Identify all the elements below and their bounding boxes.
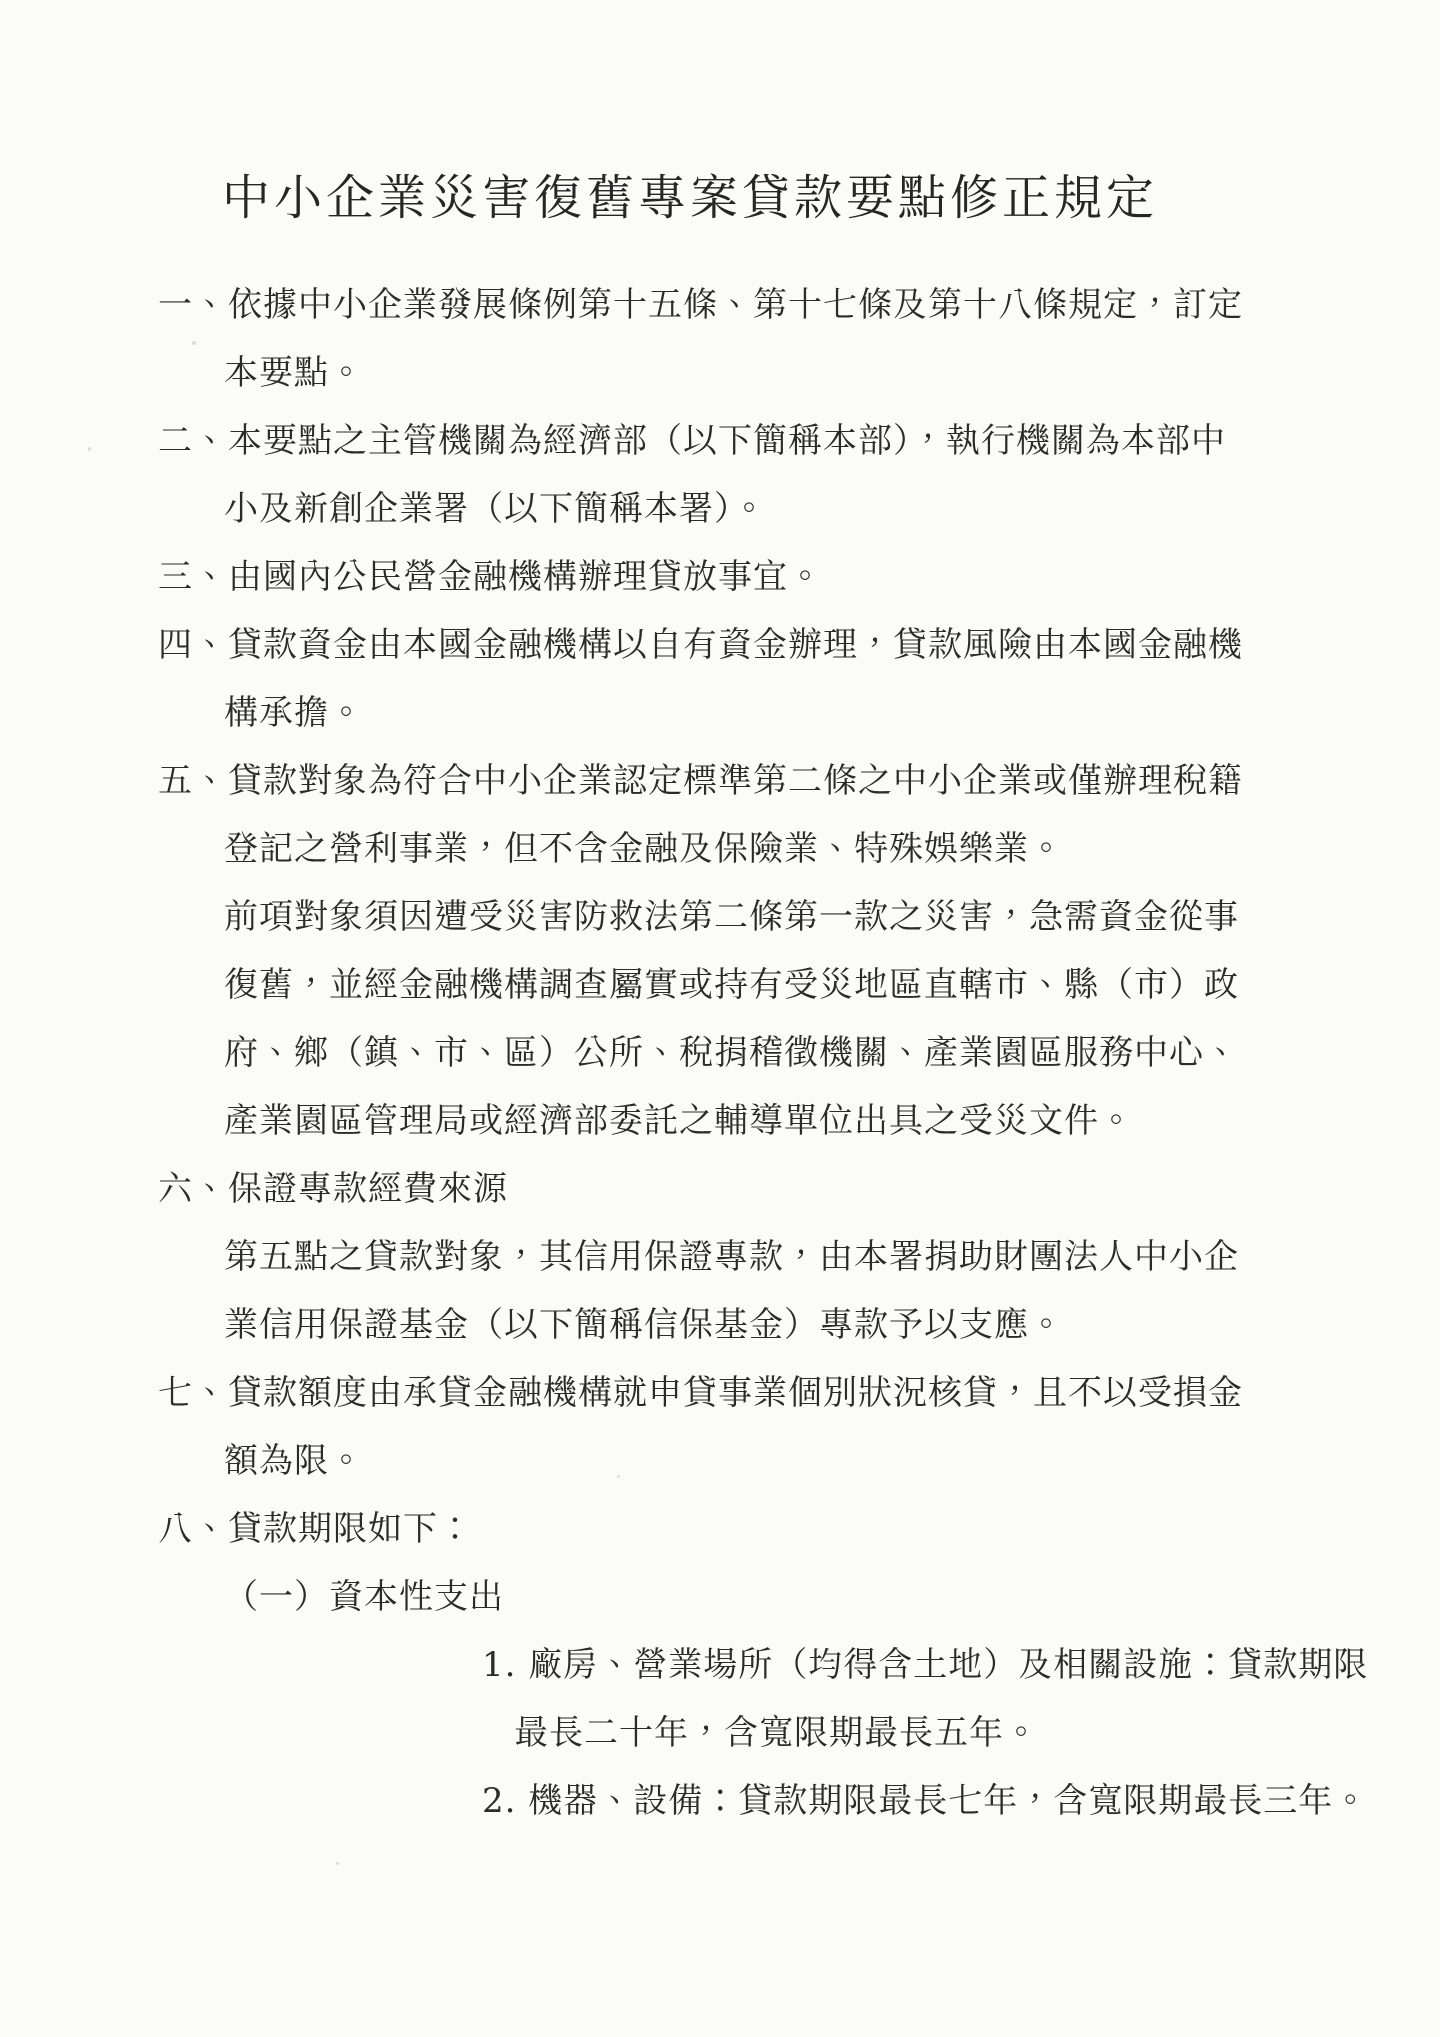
document-line: 八、貸款期限如下：	[158, 1495, 1440, 1563]
document-line: 登記之營利事業，但不含金融及保險業、特殊娛樂業。	[224, 815, 1440, 883]
document-title: 中小企業災害復舊專案貸款要點修正規定	[0, 168, 1380, 228]
document-line: 第五點之貸款對象，其信用保證專款，由本署捐助財團法人中小企	[224, 1223, 1440, 1291]
document-line: 2. 機器、設備：貸款期限最長七年，含寬限期最長三年。	[482, 1767, 1440, 1835]
document-line: 七、貸款額度由承貸金融機構就申貸事業個別狀況核貸，且不以受損金	[158, 1359, 1440, 1427]
document-line: 本要點。	[224, 339, 1440, 407]
document-line: 額為限。	[224, 1427, 1440, 1495]
document-line: 構承擔。	[224, 679, 1440, 747]
document-line: 三、由國內公民營金融機構辦理貸放事宜。	[158, 543, 1440, 611]
document-title-row: 中小企業災害復舊專案貸款要點修正規定	[0, 0, 1380, 228]
document-line: 業信用保證基金（以下簡稱信保基金）專款予以支應。	[224, 1291, 1440, 1359]
document-line: 前項對象須因遭受災害防救法第二條第一款之災害，急需資金從事	[224, 883, 1440, 951]
document-line: 一、依據中小企業發展條例第十五條、第十七條及第十八條規定，訂定	[158, 271, 1440, 339]
scan-speck	[336, 1862, 339, 1865]
document-line: 六、保證專款經費來源	[158, 1155, 1440, 1223]
document-line: 府、鄉（鎮、市、區）公所、稅捐稽徵機關、產業園區服務中心、	[224, 1019, 1440, 1087]
document-line: 四、貸款資金由本國金融機構以自有資金辦理，貸款風險由本國金融機	[158, 611, 1440, 679]
document-line: 二、本要點之主管機關為經濟部（以下簡稱本部），執行機關為本部中	[158, 407, 1440, 475]
document-line: 產業園區管理局或經濟部委託之輔導單位出具之受災文件。	[224, 1087, 1440, 1155]
document-line: 五、貸款對象為符合中小企業認定標準第二條之中小企業或僅辦理稅籍	[158, 747, 1440, 815]
document-line: （一）資本性支出	[224, 1563, 1440, 1631]
scan-speck	[192, 341, 196, 345]
scan-speck	[617, 1475, 620, 1478]
document-line: 復舊，並經金融機構調查屬實或持有受災地區直轄市、縣（市）政	[224, 951, 1440, 1019]
scan-speck	[88, 447, 91, 451]
document-body: 一、依據中小企業發展條例第十五條、第十七條及第十八條規定，訂定本要點。二、本要點…	[0, 271, 1440, 1835]
document-line: 最長二十年，含寬限期最長五年。	[514, 1699, 1440, 1767]
document-page: 中小企業災害復舊專案貸款要點修正規定 一、依據中小企業發展條例第十五條、第十七條…	[0, 0, 1440, 2037]
document-line: 小及新創企業署（以下簡稱本署）。	[224, 475, 1440, 543]
document-line: 1. 廠房、營業場所（均得含土地）及相關設施：貸款期限	[482, 1631, 1440, 1699]
